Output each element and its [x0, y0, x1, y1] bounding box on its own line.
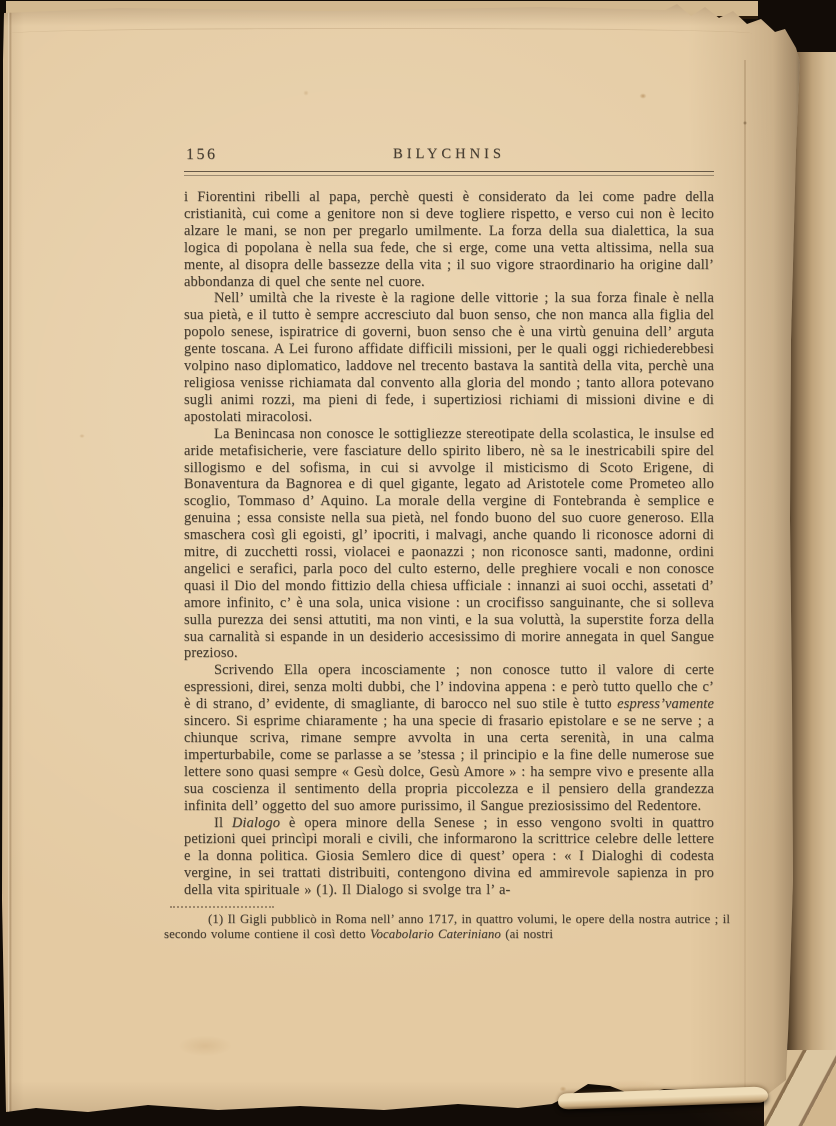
text-run: (ai nostri — [501, 927, 553, 941]
scanned-book-page-photo: 156 BILYCHNIS i Fiorentini ribelli al pa… — [0, 0, 836, 1126]
footnote: (1) Il Gigli pubblicò in Roma nell’ anno… — [164, 912, 730, 943]
text-run: La Benincasa non conosce le sottigliezze… — [184, 426, 714, 662]
body-paragraph: La Benincasa non conosce le sottigliezze… — [184, 426, 714, 663]
text-run: sincero. Si esprime chiaramente ; ha una… — [184, 713, 714, 814]
printed-content: 156 BILYCHNIS i Fiorentini ribelli al pa… — [184, 146, 714, 943]
footnote-separator — [170, 906, 274, 908]
header-double-rule — [184, 171, 714, 176]
body-paragraph: Nell’ umiltà che la riveste è la ragione… — [184, 290, 714, 425]
text-run: espress’vamente — [617, 696, 714, 712]
text-run: Nell’ umiltà che la riveste è la ragione… — [184, 290, 714, 424]
journal-title: BILYCHNIS — [184, 146, 714, 163]
text-run: i Fiorentini ribelli al papa, perchè que… — [184, 189, 714, 290]
text-run: Vocabolario Cateriniano — [370, 927, 501, 941]
body-paragraph: i Fiorentini ribelli al papa, perchè que… — [184, 189, 714, 290]
underlying-page-right-edge — [788, 52, 836, 1126]
body-text: i Fiorentini ribelli al papa, perchè que… — [184, 189, 714, 899]
page-number: 156 — [186, 146, 218, 164]
curled-bottom-edge — [558, 1086, 768, 1109]
running-header: 156 BILYCHNIS — [184, 146, 714, 168]
body-paragraph: Il Dialogo è opera minore della Senese ;… — [184, 815, 714, 900]
text-run: Dialogo — [232, 815, 280, 831]
text-run: Il — [214, 815, 232, 831]
body-paragraph: Scrivendo Ella opera incosciamente ; non… — [184, 662, 714, 814]
